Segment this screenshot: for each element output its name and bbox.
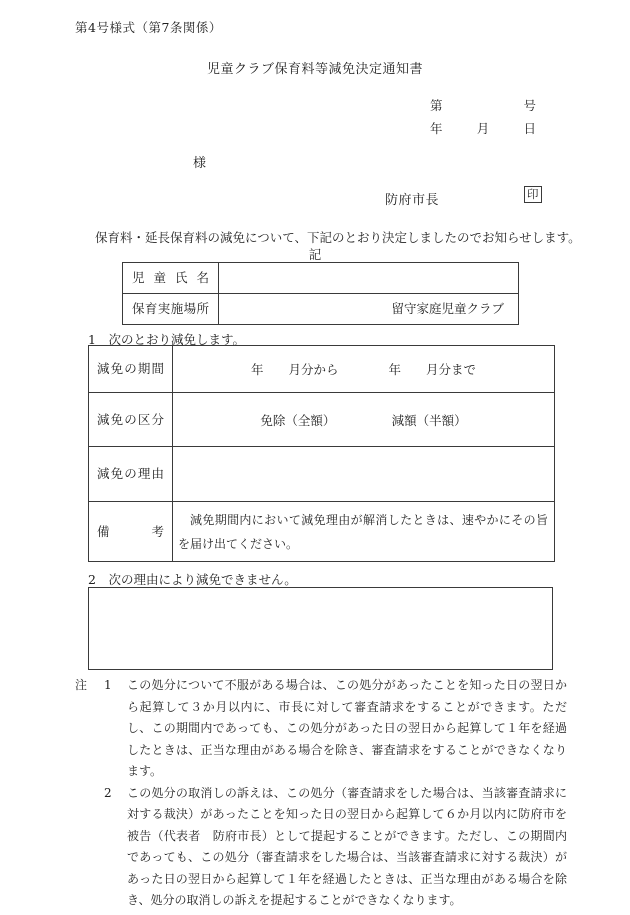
- note-item: 2 この処分の取消しの訴えは、この処分（審査請求をした場合は、当該審査請求に対す…: [104, 783, 567, 912]
- note-item: 1 この処分について不服がある場合は、この処分があったことを知った日の翌日から起…: [104, 675, 567, 783]
- reduction-category-value: 免除（全額） 減額（半額）: [173, 393, 554, 446]
- form-code: 第4号様式（第7条関係）: [75, 18, 222, 36]
- child-name-value: [219, 263, 518, 293]
- sender-title: 防府市長: [385, 189, 439, 208]
- reduction-reason-value: [173, 447, 554, 501]
- seal-placeholder: 印: [524, 186, 542, 203]
- reduction-reason-label: 減免の理由: [89, 447, 173, 501]
- reduction-table: 減免の期間 年 月分から 年 月分まで 減免の区分 免除（全額） 減額（半額） …: [88, 345, 555, 562]
- date-year-label: 年: [430, 119, 443, 137]
- document-date-line: 年 月 日: [430, 119, 536, 137]
- document-title: 児童クラブ保育料等減免決定通知書: [0, 58, 630, 77]
- doc-number-prefix: 第: [430, 96, 443, 114]
- remarks-label: 備考: [89, 502, 173, 561]
- child-info-table: 児童氏名 保育実施場所 留守家庭児童クラブ: [122, 262, 519, 325]
- ki-marker: 記: [0, 245, 630, 263]
- reduction-category-label: 減免の区分: [89, 393, 173, 446]
- note-text: この処分の取消しの訴えは、この処分（審査請求をした場合は、当該審査請求に対する裁…: [127, 783, 567, 912]
- notes-label: 注: [75, 675, 104, 912]
- note-number: 1: [104, 675, 127, 783]
- table-row: 児童氏名: [123, 263, 518, 293]
- table-row: 減免の理由: [89, 446, 554, 501]
- reduction-period-label: 減免の期間: [89, 346, 173, 392]
- document-number-line: 第 号: [430, 96, 536, 114]
- notes-items: 1 この処分について不服がある場合は、この処分があったことを知った日の翌日から起…: [104, 675, 567, 912]
- care-place-value: 留守家庭児童クラブ: [219, 294, 518, 324]
- child-name-label: 児童氏名: [123, 263, 219, 293]
- notice-document: 第4号様式（第7条関係） 児童クラブ保育料等減免決定通知書 第 号 年 月 日 …: [0, 0, 630, 915]
- note-number: 2: [104, 783, 127, 912]
- body-sentence: 保育料・延長保育料の減免について、下記のとおり決定しましたのでお知らせします。: [95, 228, 581, 246]
- table-row: 備考 減免期間内において減免理由が解消したときは、速やかにその旨を届け出てくださ…: [89, 501, 554, 561]
- care-place-label: 保育実施場所: [123, 294, 219, 324]
- table-row: 保育実施場所 留守家庭児童クラブ: [123, 293, 518, 324]
- table-row: 減免の期間 年 月分から 年 月分まで: [89, 346, 554, 392]
- legal-notes: 注 1 この処分について不服がある場合は、この処分があったことを知った日の翌日か…: [75, 675, 567, 912]
- note-text: この処分について不服がある場合は、この処分があったことを知った日の翌日から起算し…: [127, 675, 567, 783]
- section2-heading: 2 次の理由により減免できません。: [88, 570, 297, 588]
- date-month-label: 月: [477, 119, 490, 137]
- doc-number-suffix: 号: [523, 96, 536, 114]
- date-day-label: 日: [523, 119, 536, 137]
- reduction-period-value: 年 月分から 年 月分まで: [173, 346, 554, 392]
- addressee-honorific: 様: [193, 152, 206, 171]
- remarks-value: 減免期間内において減免理由が解消したときは、速やかにその旨を届け出てください。: [173, 502, 554, 561]
- table-row: 減免の区分 免除（全額） 減額（半額）: [89, 392, 554, 446]
- denial-reason-box: [88, 587, 553, 670]
